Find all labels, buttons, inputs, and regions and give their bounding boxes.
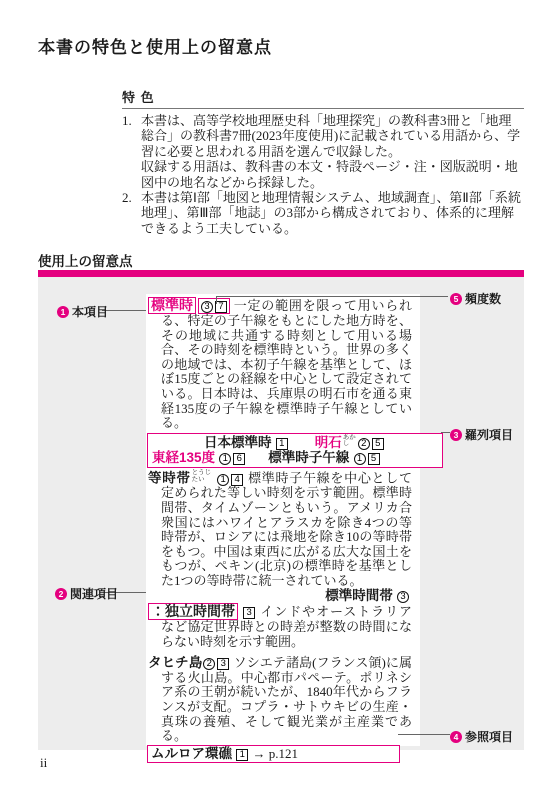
entry-term: タヒチ島 xyxy=(148,655,202,670)
ruby-tojitai: とうじたい xyxy=(192,470,212,483)
list-term: 日本標準時 xyxy=(204,435,272,450)
list-item-akashi: 明石あかし25 xyxy=(315,435,385,450)
reference-term: ムルロア環礁 xyxy=(151,746,232,761)
callout-reference-item: 4 参照項目 xyxy=(450,728,513,745)
main-term-highlight: 標準時 xyxy=(148,297,196,314)
entry-tahiti: タヒチ島23 ソシエテ諸島(フランス領)に属する火山島。中心都市パペーテ。ポリネ… xyxy=(148,656,412,744)
feature-item-number: 1. xyxy=(122,113,141,190)
feature-item-text: 収録する用語は、教科書の本文・特設ページ・注・図版説明・地図中の地名などから採録… xyxy=(141,159,524,190)
entry-time-zone: 等時帯とうじたい 14 標準時子午線を中心として定められた等しい時刻を示す範囲。… xyxy=(148,470,412,588)
connector-line-list xyxy=(441,432,450,433)
accent-bar xyxy=(38,270,524,277)
related-term-highlight: ：独立時間帯 xyxy=(148,603,238,620)
connector-line-frequency-elbow xyxy=(216,296,217,304)
notes-heading: 使用上の留意点 xyxy=(38,250,133,270)
frequency-circle-number: 1 xyxy=(354,453,366,465)
list-term: 明石 xyxy=(315,435,342,450)
connector-line-reference xyxy=(398,734,450,735)
features-section: 特 色 1. 本書は、高等学校地理歴史科「地理探究」の教科書3冊と「地理総合」の… xyxy=(122,87,524,236)
list-item-nihon-hyojunji: 日本標準時 1 xyxy=(204,435,289,450)
inline-reference-term: 標準時間帯 xyxy=(325,588,393,603)
frequency-circle-number: 3 xyxy=(397,591,409,603)
list-item-hyojunji-shigosen: 標準時子午線 15 xyxy=(268,450,380,465)
reference-page: p.121 xyxy=(269,746,298,761)
list-item-tokei135: 東経135度 16 xyxy=(152,450,246,465)
ruby-akashi: あかし xyxy=(343,435,356,448)
inline-reference-line: 標準時間帯 3 xyxy=(148,589,412,604)
feature-item-number: 2. xyxy=(122,190,141,236)
list-term: 標準時子午線 xyxy=(268,450,349,465)
page-title: 本書の特色と使用上の留意点 xyxy=(38,33,272,58)
frequency-circle-number: 1 xyxy=(217,474,229,486)
frequency-square-number: 1 xyxy=(276,438,288,450)
frequency-square-number: 6 xyxy=(233,453,245,465)
example-entry-box: 標準時37一定の範囲を限って用いられる、特定の子午線をもとにした地方時を、その地… xyxy=(146,294,420,746)
entry-body-text: 一定の範囲を限って用いられる、特定の子午線をもとにした地方時を、その地域に共通す… xyxy=(161,298,412,430)
feature-item-text: 本書は、高等学校地理歴史科「地理探究」の教科書3冊と「地理総合」の教科書7冊(2… xyxy=(141,113,524,159)
feature-item-text: 本書は第Ⅰ部「地図と地理情報システム、地域調査」、第Ⅱ部「系統地理」、第Ⅲ部「地… xyxy=(141,190,524,236)
connector-line-main xyxy=(102,310,146,311)
callout-label-text: 参照項目 xyxy=(465,728,513,745)
entry-standard-time: 標準時37一定の範囲を限って用いられる、特定の子午線をもとにした地方時を、その地… xyxy=(148,297,412,431)
numbered-badge-icon: 1 xyxy=(57,306,69,318)
list-term: 東経135度 xyxy=(152,450,215,465)
frequency-circle-number: 3 xyxy=(201,301,213,313)
callout-frequency: 5 頻度数 xyxy=(450,290,501,307)
entry-body-text: 標準時子午線を中心として定められた等しい時刻を示す範囲。標準時間帯、タイムゾーン… xyxy=(161,471,412,588)
frequency-circle-number: 2 xyxy=(358,438,370,450)
callout-list-item: 3 羅列項目 xyxy=(450,426,513,443)
frequency-square-number: 4 xyxy=(231,474,243,486)
arrow-icon: → xyxy=(253,746,266,761)
notes-panel: 標準時37一定の範囲を限って用いられる、特定の子午線をもとにした地方時を、その地… xyxy=(38,277,524,750)
frequency-square-number: 5 xyxy=(372,438,384,450)
frequency-circle-number: 2 xyxy=(203,658,215,670)
entry-term: 等時帯 xyxy=(148,471,191,486)
entry-independent-time-zone: ：独立時間帯 3 インドやオーストラリアなど協定世界時との時差が整数の時間になら… xyxy=(148,603,412,649)
numbered-badge-icon: 5 xyxy=(450,293,462,305)
frequency-square-number: 3 xyxy=(243,607,255,619)
list-items-box: 日本標準時 1明石あかし25 東経135度 16標準時子午線 15 xyxy=(147,433,443,469)
frequency-square-number: 1 xyxy=(236,749,248,761)
callout-label-text: 羅列項目 xyxy=(465,426,513,443)
numbered-badge-icon: 2 xyxy=(55,588,67,600)
features-heading: 特 色 xyxy=(122,87,524,109)
callout-label-text: 頻度数 xyxy=(465,290,501,307)
connector-line-frequency xyxy=(216,296,448,297)
callout-label-text: 本項目 xyxy=(72,303,108,320)
numbered-badge-icon: 3 xyxy=(450,429,462,441)
feature-item-1: 1. 本書は、高等学校地理歴史科「地理探究」の教科書3冊と「地理総合」の教科書7… xyxy=(122,113,524,190)
reference-entry-box: ムルロア環礁 1 → p.121 xyxy=(147,745,400,764)
callout-label-text: 関連項目 xyxy=(70,585,118,602)
frequency-square-number: 3 xyxy=(217,658,229,670)
frequency-circle-number: 1 xyxy=(219,453,231,465)
callout-related-item: 2 関連項目 xyxy=(55,585,118,602)
frequency-numbers-group: 37 xyxy=(198,298,230,314)
frequency-square-number: 5 xyxy=(368,453,380,465)
feature-item-2: 2. 本書は第Ⅰ部「地図と地理情報システム、地域調査」、第Ⅱ部「系統地理」、第Ⅲ… xyxy=(122,190,524,236)
page-number: ii xyxy=(40,755,47,771)
numbered-badge-icon: 4 xyxy=(450,731,462,743)
callout-main-item: 1 本項目 xyxy=(57,303,108,320)
